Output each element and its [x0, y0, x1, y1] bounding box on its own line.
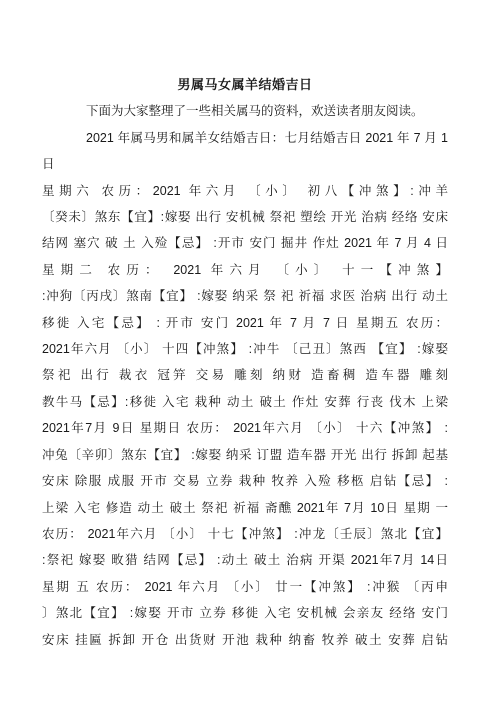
content-line: 安床 除服 成服 开市 交易 立券 栽种 牧养 入殓 移柩 启钻【忌】 : [42, 468, 448, 494]
document-page: 男属马女属羊结婚吉日 下面为大家整理了一些相关属马的资料，欢送读者朋友阅读。 2… [0, 0, 500, 708]
content-line: 教牛马【忌】:移徙 入宅 栽种 动土 破土 作灶 安葬 行丧 伐木 上梁 [42, 389, 448, 415]
content-line: 上梁 入宅 修造 动土 破土 祭祀 祈福 斋醮 2021年 7月 10日 星期 … [42, 495, 448, 521]
content-line: 2021 年属马男和属羊女结婚吉日：七月结婚吉日 2021 年 7 月 1 日 [42, 125, 448, 178]
content-line: 结网 塞穴 破 土 入殓【忌】 :开市 安门 掘井 作灶 2021 年 7 月 … [42, 230, 448, 256]
content-line: 农历： 2021年六月 〔小〕 十七【冲煞】 :冲龙〔壬辰〕煞北【宜】 [42, 521, 448, 547]
page-title: 男属马女属羊结婚吉日 [42, 72, 448, 98]
content-line: 〕煞北【宜】 :嫁娶 开市 立券 移徙 入宅 安机械 会亲友 经络 安门 [42, 600, 448, 626]
content-line: 〔癸未〕煞东【宜】:嫁娶 出行 安机械 祭祀 塑绘 开光 治病 经络 安床 [42, 204, 448, 230]
content-line: 星期二 农历： 2021 年六月 〔小〕 十一【冲煞】 [42, 257, 448, 283]
intro-paragraph: 下面为大家整理了一些相关属马的资料，欢送读者朋友阅读。 [42, 98, 448, 124]
content-line: 星期六 农历：2021 年六月 〔小〕 初八【冲煞】:冲羊 [42, 178, 448, 204]
content-line: 2021年六月 〔小〕 十四【冲煞】 :冲牛 〔己丑〕煞西 【宜】 :嫁娶 [42, 336, 448, 362]
content-line: :冲狗〔丙戌〕煞南【宜】 :嫁娶 纳采 祭 祀 祈福 求医 治病 出行 动土 [42, 283, 448, 309]
content-line: 祭祀 出行 裁衣 冠笄 交易 雕刻 纳财 造畜稠 造车器 雕刻 [42, 362, 448, 388]
content-line: 2021年7月 9日 星期日 农历： 2021年六月 〔小〕 十六【冲煞】 : [42, 415, 448, 441]
content-paragraph: 2021 年属马男和属羊女结婚吉日：七月结婚吉日 2021 年 7 月 1 日 … [42, 125, 448, 653]
content-line: 移徙 入宅【忌】 : 开市 安门 2021 年 7 月 7 日 星期五 农历： [42, 310, 448, 336]
content-line: 安床 挂匾 拆卸 开仓 出货财 开池 栽种 纳畜 牧养 破土 安葬 启钻 [42, 627, 448, 653]
content-line: 星期 五 农历： 2021 年六月 〔小〕 廿一【冲煞】 :冲猴 〔丙申 [42, 574, 448, 600]
content-line: :祭祀 嫁娶 畋猎 结网【忌】 :动土 破土 治病 开渠 2021年7月 14日 [42, 547, 448, 573]
content-line: 冲兔〔辛卯〕煞东【宜】 :嫁娶 纳采 订盟 造车器 开光 出行 拆卸 起基 [42, 442, 448, 468]
